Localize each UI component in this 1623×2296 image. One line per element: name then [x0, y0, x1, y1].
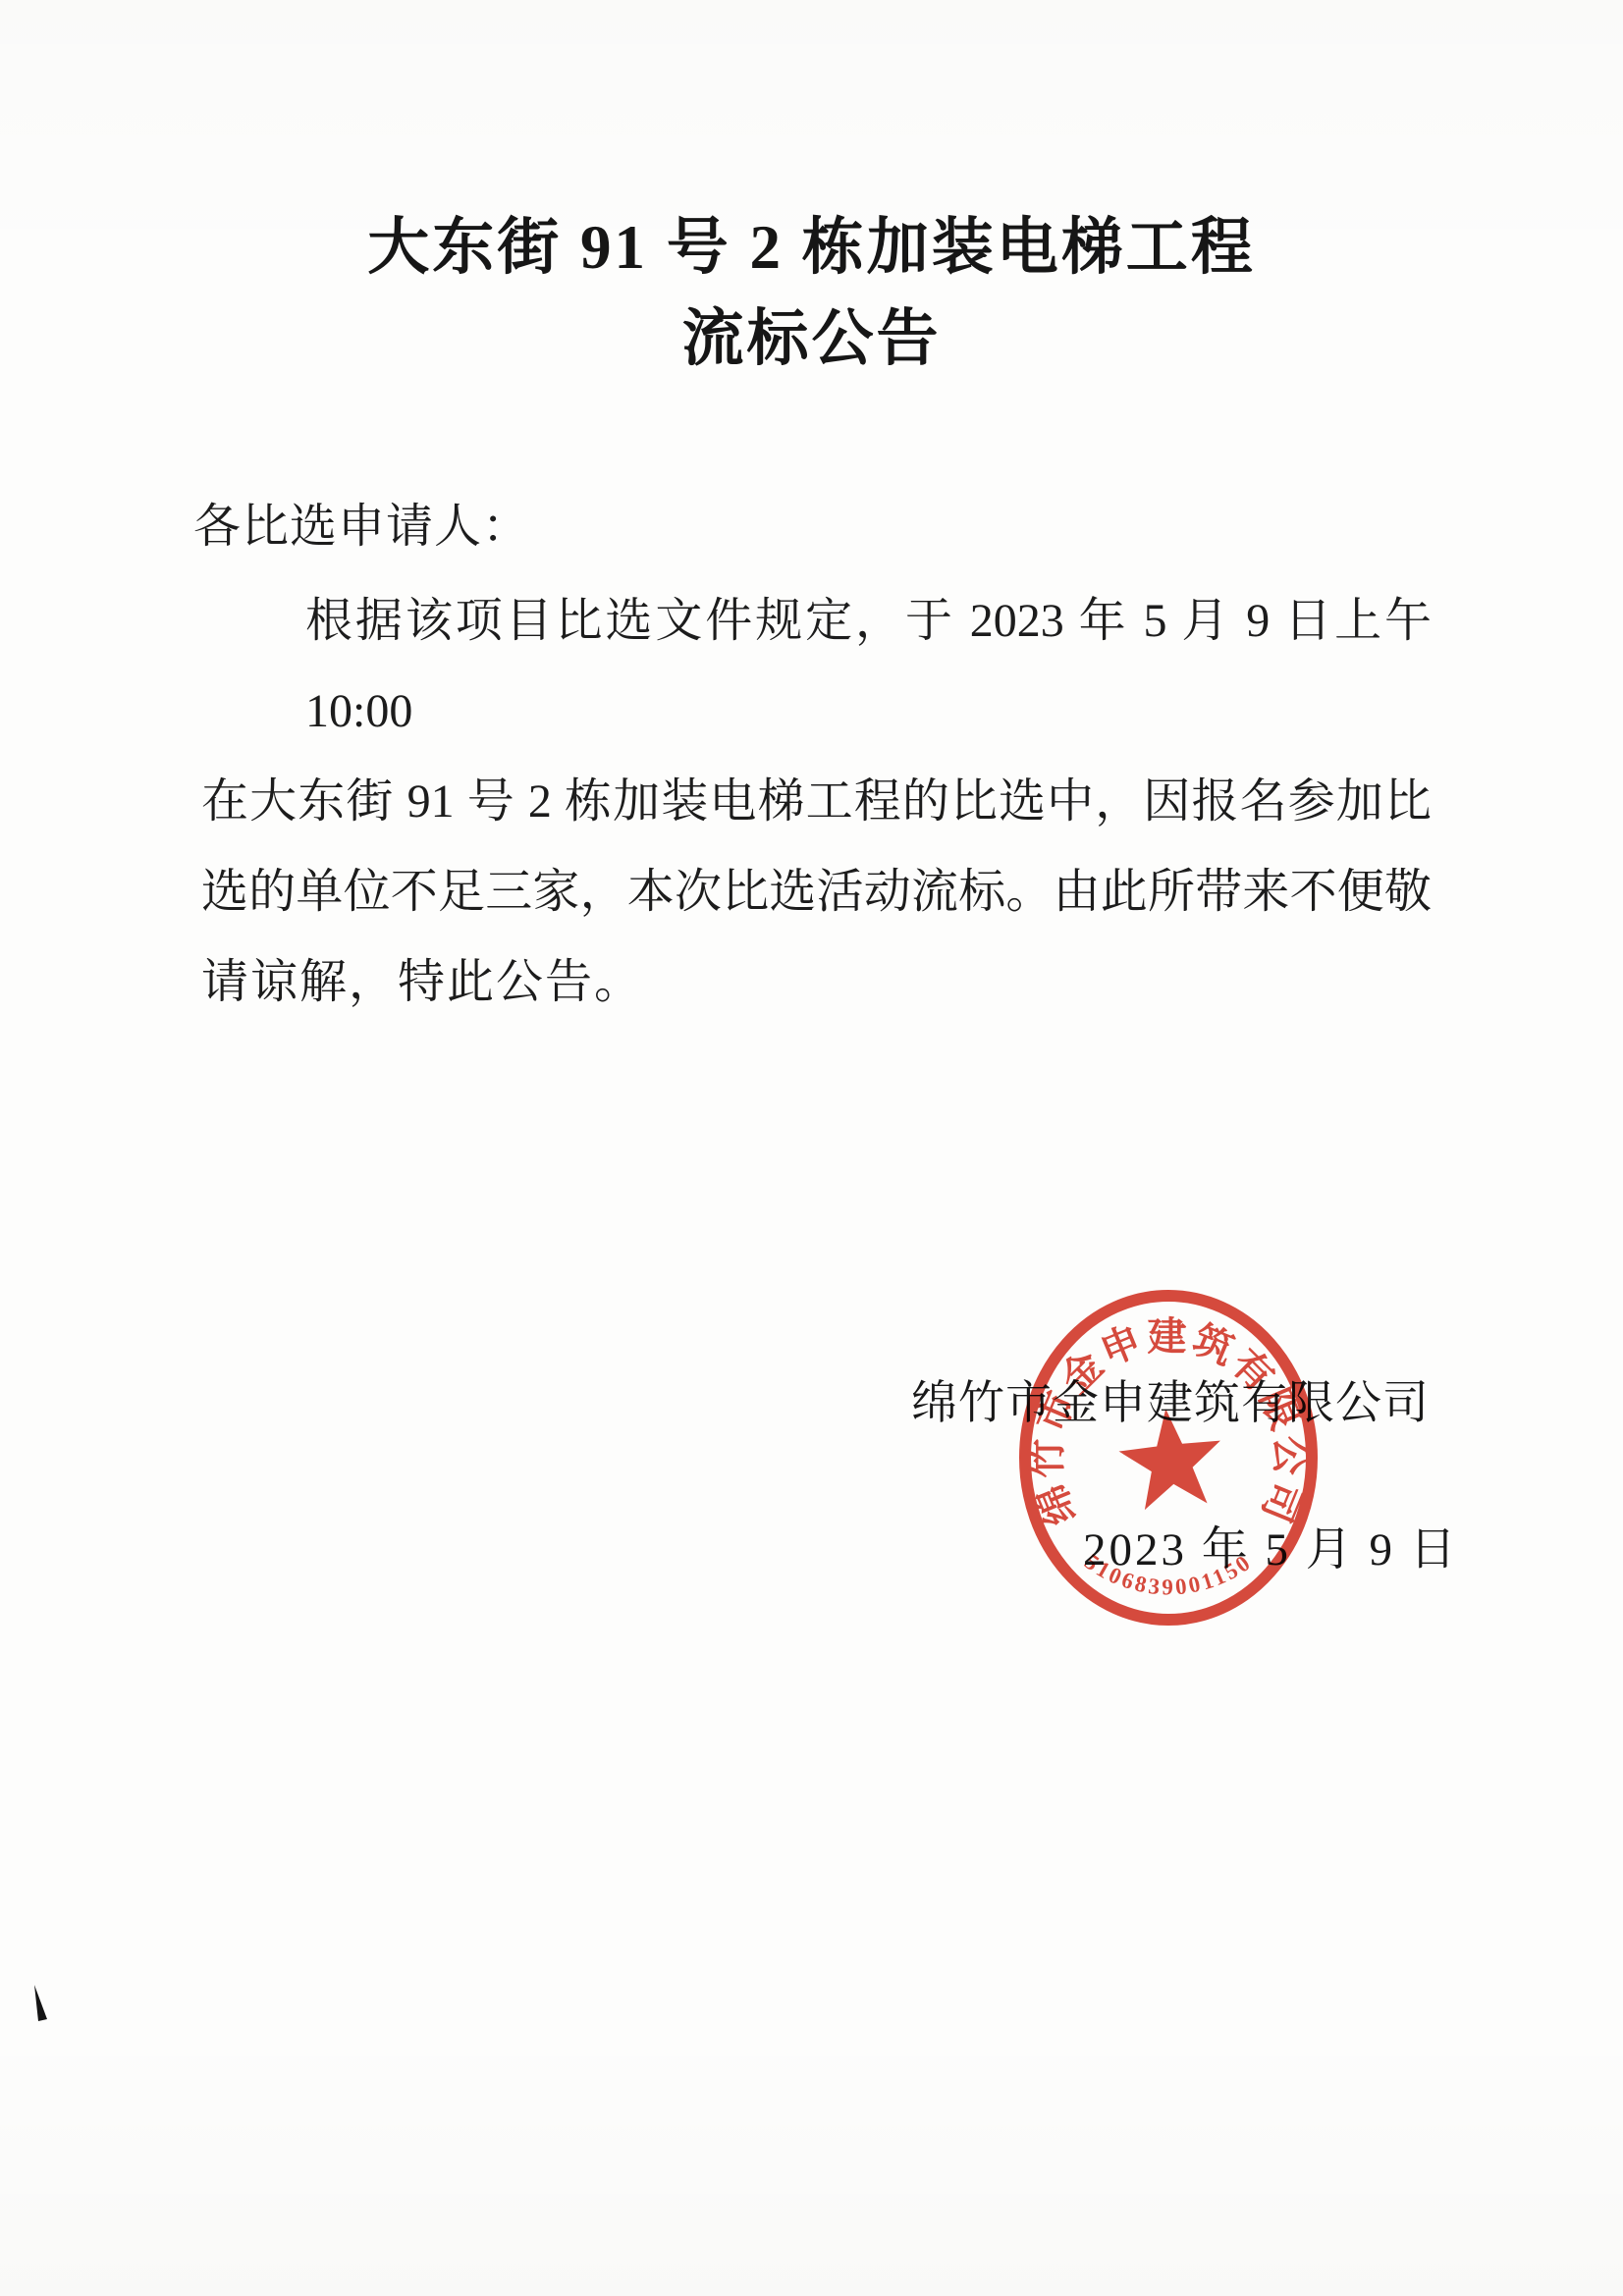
salutation: 各比选申请人：	[193, 497, 530, 558]
announcement-body: 根据该项目比选文件规定，于 2023 年 5 月 9 日上午 10:00 在大东…	[201, 576, 1432, 1028]
scan-artifact-mark	[29, 1979, 59, 2028]
document-title: 大东街 91 号 2 栋加装电梯工程 流标公告	[0, 202, 1623, 385]
body-line-2: 在大东街 91 号 2 栋加装电梯工程的比选中，因报名参加比	[201, 757, 1432, 847]
body-line-1: 根据该项目比选文件规定，于 2023 年 5 月 9 日上午 10:00	[201, 576, 1432, 757]
title-line-1: 大东街 91 号 2 栋加装电梯工程	[0, 202, 1623, 294]
title-line-2: 流标公告	[0, 294, 1623, 385]
seal-serial-number: 5106839001150	[1080, 1549, 1257, 1599]
seal-serial-text-container: 5106839001150	[1080, 1549, 1257, 1599]
pen-stroke-shape	[34, 1985, 47, 2021]
seal-star-icon	[1115, 1404, 1227, 1512]
body-line-3: 选的单位不足三家，本次比选活动流标。由此所带来不便敬	[201, 847, 1432, 937]
body-line-4: 请谅解，特此公告。	[201, 937, 1432, 1028]
company-seal-stamp: 绵竹市金申建筑有限公司 5106839001150	[997, 1281, 1340, 1639]
scanned-announcement-page: 大东街 91 号 2 栋加装电梯工程 流标公告 各比选申请人： 根据该项目比选文…	[0, 0, 1623, 2296]
